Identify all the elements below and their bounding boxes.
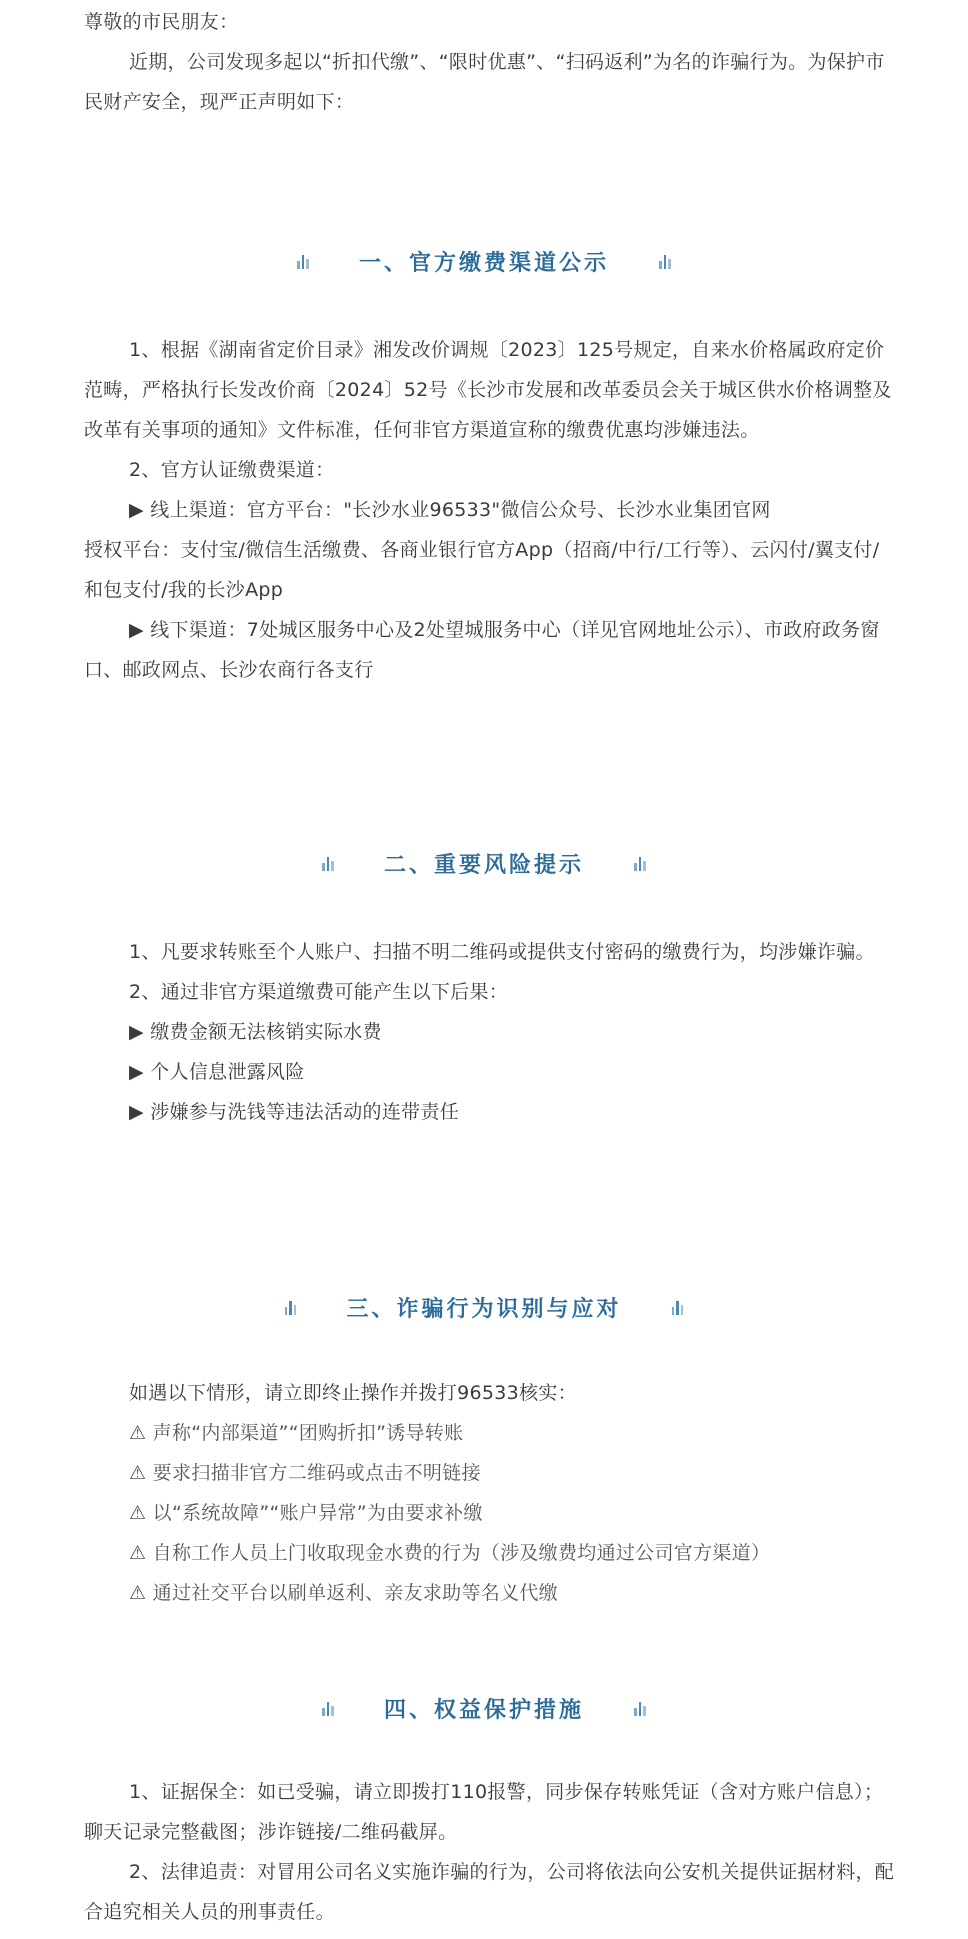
bar-chart-icon (285, 1300, 297, 1315)
section-heading-4: 四、权益保护措施 (0, 1688, 968, 1728)
warning-item: ⚠ 声称“内部渠道”“团购折扣”诱导转账 (84, 1413, 896, 1453)
bar-chart-icon (634, 856, 646, 871)
section-body-4: 1、证据保全：如已受骗，请立即拨打110报警，同步保存转账凭证（含对方账户信息）… (84, 1772, 896, 1932)
bullet-item: ▶ 缴费金额无法核销实际水费 (84, 1012, 896, 1052)
bar-chart-icon (322, 1701, 334, 1716)
paragraph: 1、凡要求转账至个人账户、扫描不明二维码或提供支付密码的缴费行为，均涉嫌诈骗。 (84, 932, 896, 972)
warning-item: ⚠ 自称工作人员上门收取现金水费的行为（涉及缴费均通过公司官方渠道） (84, 1533, 896, 1573)
section-body-1: 1、根据《湖南省定价目录》湘发改价调规〔2023〕125号规定，自来水价格属政府… (84, 330, 896, 690)
section-heading-3: 三、诈骗行为识别与应对 (0, 1287, 968, 1327)
bar-chart-icon (634, 1701, 646, 1716)
section-title: 二、重要风险提示 (384, 848, 584, 879)
section-title: 一、官方缴费渠道公示 (359, 246, 609, 277)
authorized-platforms: 授权平台：支付宝/微信生活缴费、各商业银行官方App（招商/中行/工行等）、云闪… (84, 530, 896, 610)
bullet-item: ▶ 个人信息泄露风险 (84, 1052, 896, 1092)
paragraph: 1、根据《湖南省定价目录》湘发改价调规〔2023〕125号规定，自来水价格属政府… (84, 330, 896, 450)
warning-item: ⚠ 要求扫描非官方二维码或点击不明链接 (84, 1453, 896, 1493)
paragraph: 2、法律追责：对冒用公司名义实施诈骗的行为，公司将依法向公安机关提供证据材料，配… (84, 1852, 896, 1932)
paragraph: 2、官方认证缴费渠道： (84, 450, 896, 490)
paragraph: 如遇以下情形，请立即终止操作并拨打96533核实： (84, 1373, 896, 1413)
greeting: 尊敬的市民朋友： (84, 2, 896, 42)
bar-chart-icon (297, 254, 309, 269)
warning-item: ⚠ 以“系统故障”“账户异常”为由要求补缴 (84, 1493, 896, 1533)
section-heading-2: 二、重要风险提示 (0, 843, 968, 883)
paragraph: 1、证据保全：如已受骗，请立即拨打110报警，同步保存转账凭证（含对方账户信息）… (84, 1772, 896, 1852)
section-body-2: 1、凡要求转账至个人账户、扫描不明二维码或提供支付密码的缴费行为，均涉嫌诈骗。 … (84, 932, 896, 1132)
bar-chart-icon (322, 856, 334, 871)
section-body-3: 如遇以下情形，请立即终止操作并拨打96533核实： ⚠ 声称“内部渠道”“团购折… (84, 1373, 896, 1613)
section-title: 三、诈骗行为识别与应对 (346, 1292, 621, 1323)
bar-chart-icon (672, 1300, 684, 1315)
bullet-offline-channels: ▶ 线下渠道：7处城区服务中心及2处望城服务中心（详见官网地址公示）、市政府政务… (84, 610, 896, 690)
intro-paragraph: 近期，公司发现多起以“折扣代缴”、“限时优惠”、“扫码返利”为名的诈骗行为。为保… (84, 42, 896, 122)
bullet-online-channels: ▶ 线上渠道：官方平台："长沙水业96533"微信公众号、长沙水业集团官网 (84, 490, 896, 530)
section-heading-1: 一、官方缴费渠道公示 (0, 241, 968, 281)
warning-item: ⚠ 通过社交平台以刷单返利、亲友求助等名义代缴 (84, 1573, 896, 1613)
paragraph: 2、通过非官方渠道缴费可能产生以下后果： (84, 972, 896, 1012)
bullet-item: ▶ 涉嫌参与洗钱等违法活动的连带责任 (84, 1092, 896, 1132)
section-title: 四、权益保护措施 (384, 1693, 584, 1724)
intro-block: 尊敬的市民朋友： 近期，公司发现多起以“折扣代缴”、“限时优惠”、“扫码返利”为… (84, 2, 896, 122)
bar-chart-icon (659, 254, 671, 269)
